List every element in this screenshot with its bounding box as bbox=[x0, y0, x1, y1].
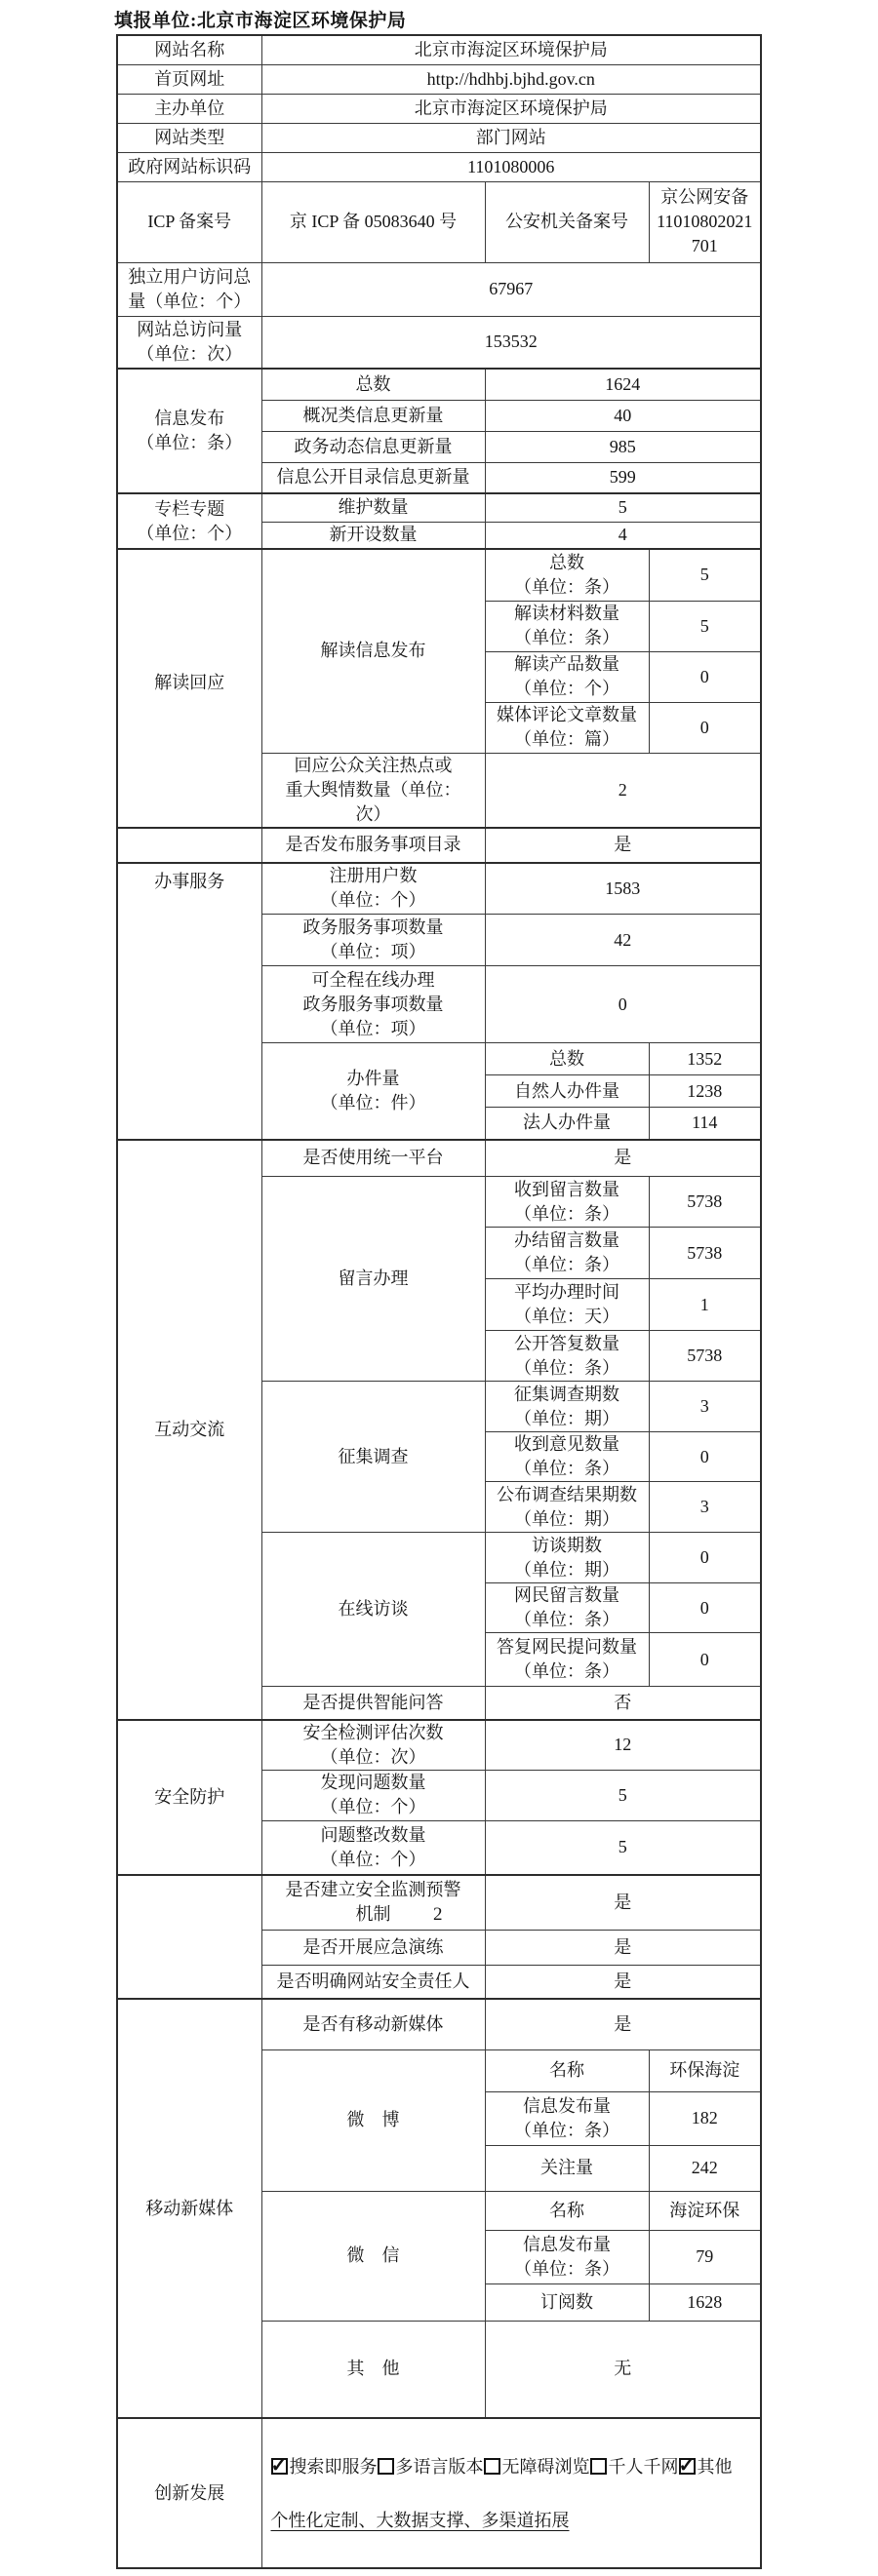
other-media-label: 其 他 bbox=[261, 2321, 485, 2418]
weibo-row-value: 242 bbox=[649, 2145, 761, 2191]
surveys-row-label: 收到意见数量 （单位：条） bbox=[485, 1432, 649, 1482]
interviews-row-value: 0 bbox=[649, 1583, 761, 1633]
weibo-row-label: 名称 bbox=[485, 2049, 649, 2091]
handling-row-value: 1352 bbox=[649, 1043, 761, 1075]
row-unique-visitors: 独立用户访问总 量（单位：个） 67967 bbox=[117, 262, 761, 316]
site-type-value: 部门网站 bbox=[261, 123, 761, 152]
has-new-media-label: 是否有移动新媒体 bbox=[261, 1999, 485, 2049]
security-row-label: 问题整改数量 （单位：个） bbox=[261, 1820, 485, 1875]
row-info-publish-total: 信息发布 （单位：条） 总数 1624 bbox=[117, 369, 761, 400]
columns-row-value: 4 bbox=[485, 522, 761, 549]
site-name-label: 网站名称 bbox=[117, 35, 261, 64]
handling-row-label: 法人办件量 bbox=[485, 1108, 649, 1140]
surveys-row-value: 3 bbox=[649, 1482, 761, 1533]
info-publish-row-value: 985 bbox=[485, 431, 761, 462]
messages-row-value: 5738 bbox=[649, 1228, 761, 1279]
service-row-label: 政务服务事项数量 （单位：项） bbox=[261, 915, 485, 966]
site-code-value: 1101080006 bbox=[261, 152, 761, 181]
interpretation-row-label: 解读材料数量 （单位：条） bbox=[485, 601, 649, 651]
columns-section: 专栏专题 （单位：个） bbox=[117, 493, 261, 549]
interpretation-row-value: 0 bbox=[649, 651, 761, 702]
service-row-value: 0 bbox=[485, 966, 761, 1043]
public-response-label: 回应公众关注热点或 重大舆情数量（单位： 次） bbox=[261, 753, 485, 828]
service-row-value: 42 bbox=[485, 915, 761, 966]
messages-label: 留言办理 bbox=[261, 1177, 485, 1382]
messages-row-value: 5738 bbox=[649, 1331, 761, 1382]
info-publish-row-label: 概况类信息更新量 bbox=[261, 400, 485, 431]
interviews-row-value: 0 bbox=[649, 1533, 761, 1583]
innovation-option: 其他 bbox=[679, 2457, 733, 2477]
page-number: 2 bbox=[433, 1904, 443, 1926]
security-row-label: 安全检测评估次数 （单位：次） bbox=[261, 1720, 485, 1771]
info-publish-row-label: 政务动态信息更新量 bbox=[261, 431, 485, 462]
total-visits-label: 网站总访问量 （单位：次） bbox=[117, 316, 261, 369]
security-extra-value: 是 bbox=[485, 1965, 761, 1999]
service-catalog-value: 是 bbox=[485, 828, 761, 863]
surveys-label: 征集调查 bbox=[261, 1382, 485, 1533]
interpretation-row-label: 媒体评论文章数量 （单位：篇） bbox=[485, 702, 649, 753]
row-unified-platform: 互动交流 是否使用统一平台 是 bbox=[117, 1140, 761, 1177]
innovation-options: 搜索即服务多语言版本无障碍浏览千人千网其他 bbox=[271, 2452, 758, 2481]
messages-row-label: 平均办理时间 （单位：天） bbox=[485, 1279, 649, 1331]
wechat-row-value: 1628 bbox=[649, 2283, 761, 2321]
has-new-media-value: 是 bbox=[485, 1999, 761, 2049]
public-response-value: 2 bbox=[485, 753, 761, 828]
smart-qa-label: 是否提供智能问答 bbox=[261, 1687, 485, 1720]
handling-row-label: 总数 bbox=[485, 1043, 649, 1075]
innovation-option-label: 搜索即服务 bbox=[290, 2457, 378, 2477]
security-section: 安全防护 bbox=[117, 1720, 261, 1876]
unified-platform-value: 是 bbox=[485, 1140, 761, 1177]
wechat-row-label: 订阅数 bbox=[485, 2283, 649, 2321]
wechat-row-label: 名称 bbox=[485, 2191, 649, 2230]
unique-visitors-value: 67967 bbox=[261, 262, 761, 316]
icp-value: 京 ICP 备 05083640 号 bbox=[261, 181, 485, 262]
new-media-section: 移动新媒体 bbox=[117, 1999, 261, 2418]
messages-row-label: 收到留言数量 （单位：条） bbox=[485, 1177, 649, 1228]
interpretation-row-label: 总数 （单位：条） bbox=[485, 549, 649, 601]
site-code-label: 政府网站标识码 bbox=[117, 152, 261, 181]
row-organizer: 主办单位 北京市海淀区环境保护局 bbox=[117, 94, 761, 123]
innovation-option: 千人千网 bbox=[590, 2457, 679, 2477]
handling-label: 办件量 （单位：件） bbox=[261, 1043, 485, 1140]
innovation-option-label: 千人千网 bbox=[609, 2457, 679, 2477]
service-row-label: 可全程在线办理 政务服务事项数量 （单位：项） bbox=[261, 966, 485, 1043]
messages-row-value: 1 bbox=[649, 1279, 761, 1331]
innovation-option: 搜索即服务 bbox=[271, 2457, 378, 2477]
home-url-value: http://hdhbj.bjhd.gov.cn bbox=[261, 64, 761, 94]
security-row-label: 发现问题数量 （单位：个） bbox=[261, 1770, 485, 1820]
total-visits-value: 153532 bbox=[261, 316, 761, 369]
row-site-name: 网站名称 北京市海淀区环境保护局 bbox=[117, 35, 761, 64]
wechat-row-value: 79 bbox=[649, 2230, 761, 2283]
service-catalog-label: 是否发布服务事项目录 bbox=[261, 828, 485, 863]
security-row-value: 5 bbox=[485, 1820, 761, 1875]
security-extra-label: 是否明确网站安全责任人 bbox=[261, 1965, 485, 1999]
service-row-value: 1583 bbox=[485, 863, 761, 915]
organizer-label: 主办单位 bbox=[117, 94, 261, 123]
interpretation-row-value: 0 bbox=[649, 702, 761, 753]
messages-row-label: 公开答复数量 （单位：条） bbox=[485, 1331, 649, 1382]
innovation-option-label: 其他 bbox=[698, 2457, 733, 2477]
info-publish-row-value: 40 bbox=[485, 400, 761, 431]
innovation-option: 多语言版本 bbox=[378, 2457, 484, 2477]
row-icp: ICP 备案号 京 ICP 备 05083640 号 公安机关备案号 京公网安备… bbox=[117, 181, 761, 262]
row-innovation: 创新发展 搜索即服务多语言版本无障碍浏览千人千网其他 个性化定制、大数据支撑、多… bbox=[117, 2418, 761, 2568]
report-title: 填报单位:北京市海淀区环境保护局 bbox=[114, 6, 406, 32]
row-has-new-media: 移动新媒体 是否有移动新媒体 是 bbox=[117, 1999, 761, 2049]
checkbox-icon bbox=[679, 2458, 696, 2475]
service-section: 办事服务 bbox=[117, 863, 261, 1140]
empty-cell bbox=[117, 828, 261, 863]
empty-cell bbox=[117, 1875, 261, 1999]
row-registered-users: 办事服务 注册用户数 （单位：个） 1583 bbox=[117, 863, 761, 915]
row-service-catalog: 是否发布服务事项目录 是 bbox=[117, 828, 761, 863]
interpretation-section: 解读回应 bbox=[117, 549, 261, 828]
info-publish-row-value: 1624 bbox=[485, 369, 761, 400]
checkbox-icon bbox=[378, 2458, 394, 2475]
unique-visitors-label: 独立用户访问总 量（单位：个） bbox=[117, 262, 261, 316]
surveys-row-label: 征集调查期数 （单位：期） bbox=[485, 1382, 649, 1432]
interpretation-row-label: 解读产品数量 （单位：个） bbox=[485, 651, 649, 702]
innovation-section: 创新发展 bbox=[117, 2418, 261, 2568]
wechat-row-value: 海淀环保 bbox=[649, 2191, 761, 2230]
innovation-other-detail: 个性化定制、大数据支撑、多渠道拓展 bbox=[271, 2506, 758, 2535]
columns-row-label: 维护数量 bbox=[261, 493, 485, 522]
handling-row-value: 114 bbox=[649, 1108, 761, 1140]
info-publish-row-label: 总数 bbox=[261, 369, 485, 400]
interviews-label: 在线访谈 bbox=[261, 1533, 485, 1687]
site-type-label: 网站类型 bbox=[117, 123, 261, 152]
interpretation-row-value: 5 bbox=[649, 601, 761, 651]
interviews-row-label: 访谈期数 （单位：期） bbox=[485, 1533, 649, 1583]
weibo-row-label: 信息发布量 （单位：条） bbox=[485, 2091, 649, 2145]
police-record-value: 京公网安备 11010802021 701 bbox=[649, 181, 761, 262]
interaction-section: 互动交流 bbox=[117, 1140, 261, 1720]
interviews-row-value: 0 bbox=[649, 1633, 761, 1687]
interviews-row-label: 网民留言数量 （单位：条） bbox=[485, 1583, 649, 1633]
info-publish-row-label: 信息公开目录信息更新量 bbox=[261, 462, 485, 493]
row-site-type: 网站类型 部门网站 bbox=[117, 123, 761, 152]
info-publish-section: 信息发布 （单位：条） bbox=[117, 369, 261, 493]
weibo-row-value: 182 bbox=[649, 2091, 761, 2145]
weibo-row-value: 环保海淀 bbox=[649, 2049, 761, 2091]
interviews-row-label: 答复网民提问数量 （单位：条） bbox=[485, 1633, 649, 1687]
other-media-value: 无 bbox=[485, 2321, 761, 2418]
security-extra-label: 是否建立安全监测预警 机制 bbox=[261, 1875, 485, 1930]
weibo-row-label: 关注量 bbox=[485, 2145, 649, 2191]
innovation-option-label: 多语言版本 bbox=[396, 2457, 484, 2477]
wechat-label: 微 信 bbox=[261, 2191, 485, 2321]
wechat-row-label: 信息发布量 （单位：条） bbox=[485, 2230, 649, 2283]
checkbox-icon bbox=[271, 2458, 288, 2475]
innovation-option-label: 无障碍浏览 bbox=[502, 2457, 590, 2477]
handling-row-value: 1238 bbox=[649, 1075, 761, 1108]
icp-label: ICP 备案号 bbox=[117, 181, 261, 262]
service-row-label: 注册用户数 （单位：个） bbox=[261, 863, 485, 915]
messages-row-value: 5738 bbox=[649, 1177, 761, 1228]
organizer-value: 北京市海淀区环境保护局 bbox=[261, 94, 761, 123]
checkbox-icon bbox=[590, 2458, 607, 2475]
checkbox-icon bbox=[484, 2458, 500, 2475]
columns-row-value: 5 bbox=[485, 493, 761, 522]
columns-row-label: 新开设数量 bbox=[261, 522, 485, 549]
security-extra-value: 是 bbox=[485, 1930, 761, 1965]
innovation-option: 无障碍浏览 bbox=[484, 2457, 590, 2477]
row-security-checks: 安全防护 安全检测评估次数 （单位：次） 12 bbox=[117, 1720, 761, 1771]
security-extra-label: 是否开展应急演练 bbox=[261, 1930, 485, 1965]
handling-row-label: 自然人办件量 bbox=[485, 1075, 649, 1108]
surveys-row-value: 0 bbox=[649, 1432, 761, 1482]
interpretation-publish-label: 解读信息发布 bbox=[261, 549, 485, 753]
unified-platform-label: 是否使用统一平台 bbox=[261, 1140, 485, 1177]
home-url-label: 首页网址 bbox=[117, 64, 261, 94]
row-interpretation-total: 解读回应 解读信息发布 总数 （单位：条） 5 bbox=[117, 549, 761, 601]
row-total-visits: 网站总访问量 （单位：次） 153532 bbox=[117, 316, 761, 369]
site-name-value: 北京市海淀区环境保护局 bbox=[261, 35, 761, 64]
messages-row-label: 办结留言数量 （单位：条） bbox=[485, 1228, 649, 1279]
interpretation-row-value: 5 bbox=[649, 549, 761, 601]
security-row-value: 5 bbox=[485, 1770, 761, 1820]
row-home-url: 首页网址 http://hdhbj.bjhd.gov.cn bbox=[117, 64, 761, 94]
weibo-label: 微 博 bbox=[261, 2049, 485, 2191]
smart-qa-value: 否 bbox=[485, 1687, 761, 1720]
security-row-value: 12 bbox=[485, 1720, 761, 1771]
info-publish-row-value: 599 bbox=[485, 462, 761, 493]
surveys-row-value: 3 bbox=[649, 1382, 761, 1432]
innovation-value: 搜索即服务多语言版本无障碍浏览千人千网其他 个性化定制、大数据支撑、多渠道拓展 bbox=[261, 2418, 761, 2568]
police-record-label: 公安机关备案号 bbox=[485, 181, 649, 262]
report-table: 网站名称 北京市海淀区环境保护局 首页网址 http://hdhbj.bjhd.… bbox=[116, 34, 762, 2569]
row-columns-maintained: 专栏专题 （单位：个） 维护数量 5 bbox=[117, 493, 761, 522]
row-site-code: 政府网站标识码 1101080006 bbox=[117, 152, 761, 181]
surveys-row-label: 公布调查结果期数 （单位：期） bbox=[485, 1482, 649, 1533]
security-extra-value: 是 bbox=[485, 1875, 761, 1930]
